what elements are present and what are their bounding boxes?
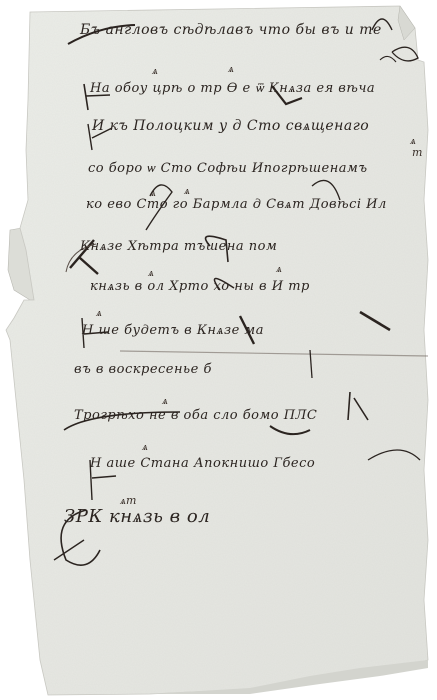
superscript-mark: т <box>412 146 422 159</box>
superscript-mark: ѧ <box>142 440 148 453</box>
superscript-mark: ѧ <box>148 266 154 279</box>
text-line-3: И къ Полоцким у д Сто свѧщенаго <box>92 118 369 135</box>
superscript-mark: ѧ <box>162 394 168 407</box>
text-line-8: Н ше будетъ в Кнѧзе ма <box>82 322 264 338</box>
manuscript-page: Бъ англовъ сѣдѣлавъ что бы въ и те На об… <box>0 0 437 700</box>
superscript-mark: ѧ <box>96 306 102 319</box>
text-line-9: въ в воскресенье б <box>74 362 212 377</box>
text-line-4: со боро ѡ Сто Софѣи Ипогрѣшенамъ <box>88 160 368 176</box>
paper-leaf <box>0 0 437 700</box>
text-line-1: Бъ англовъ сѣдѣлавъ что бы въ и те <box>80 22 382 38</box>
superscript-mark: ѧ <box>276 262 282 275</box>
text-line-11: Н аше Стана Апокнишо Гбесо <box>90 456 315 471</box>
text-line-2: На обоу црѣ о тр Ѳ е ѿ Кнѧза ея вѣча <box>90 80 375 96</box>
text-line-5: ко ево Сто го Бармла д Свѧт Довѣсі Ил <box>86 196 387 212</box>
superscript-mark: ѧ <box>152 64 158 77</box>
superscript-mark: ѧт <box>120 494 136 507</box>
text-line-7: кнѧзь в ол Хрто хо ны в И тр <box>90 278 310 294</box>
superscript-mark: ѧ <box>184 184 190 197</box>
superscript-mark: ѧ <box>150 186 156 199</box>
text-line-6: Кнѧзе Хѣтра тъшена пом <box>80 238 277 254</box>
superscript-mark: ѧ <box>228 62 234 75</box>
text-line-10: Трогрѣхо не в оба сло бомо ПЛС <box>74 408 317 423</box>
text-line-12: ЗРК кнѧзь в ол <box>64 506 210 527</box>
